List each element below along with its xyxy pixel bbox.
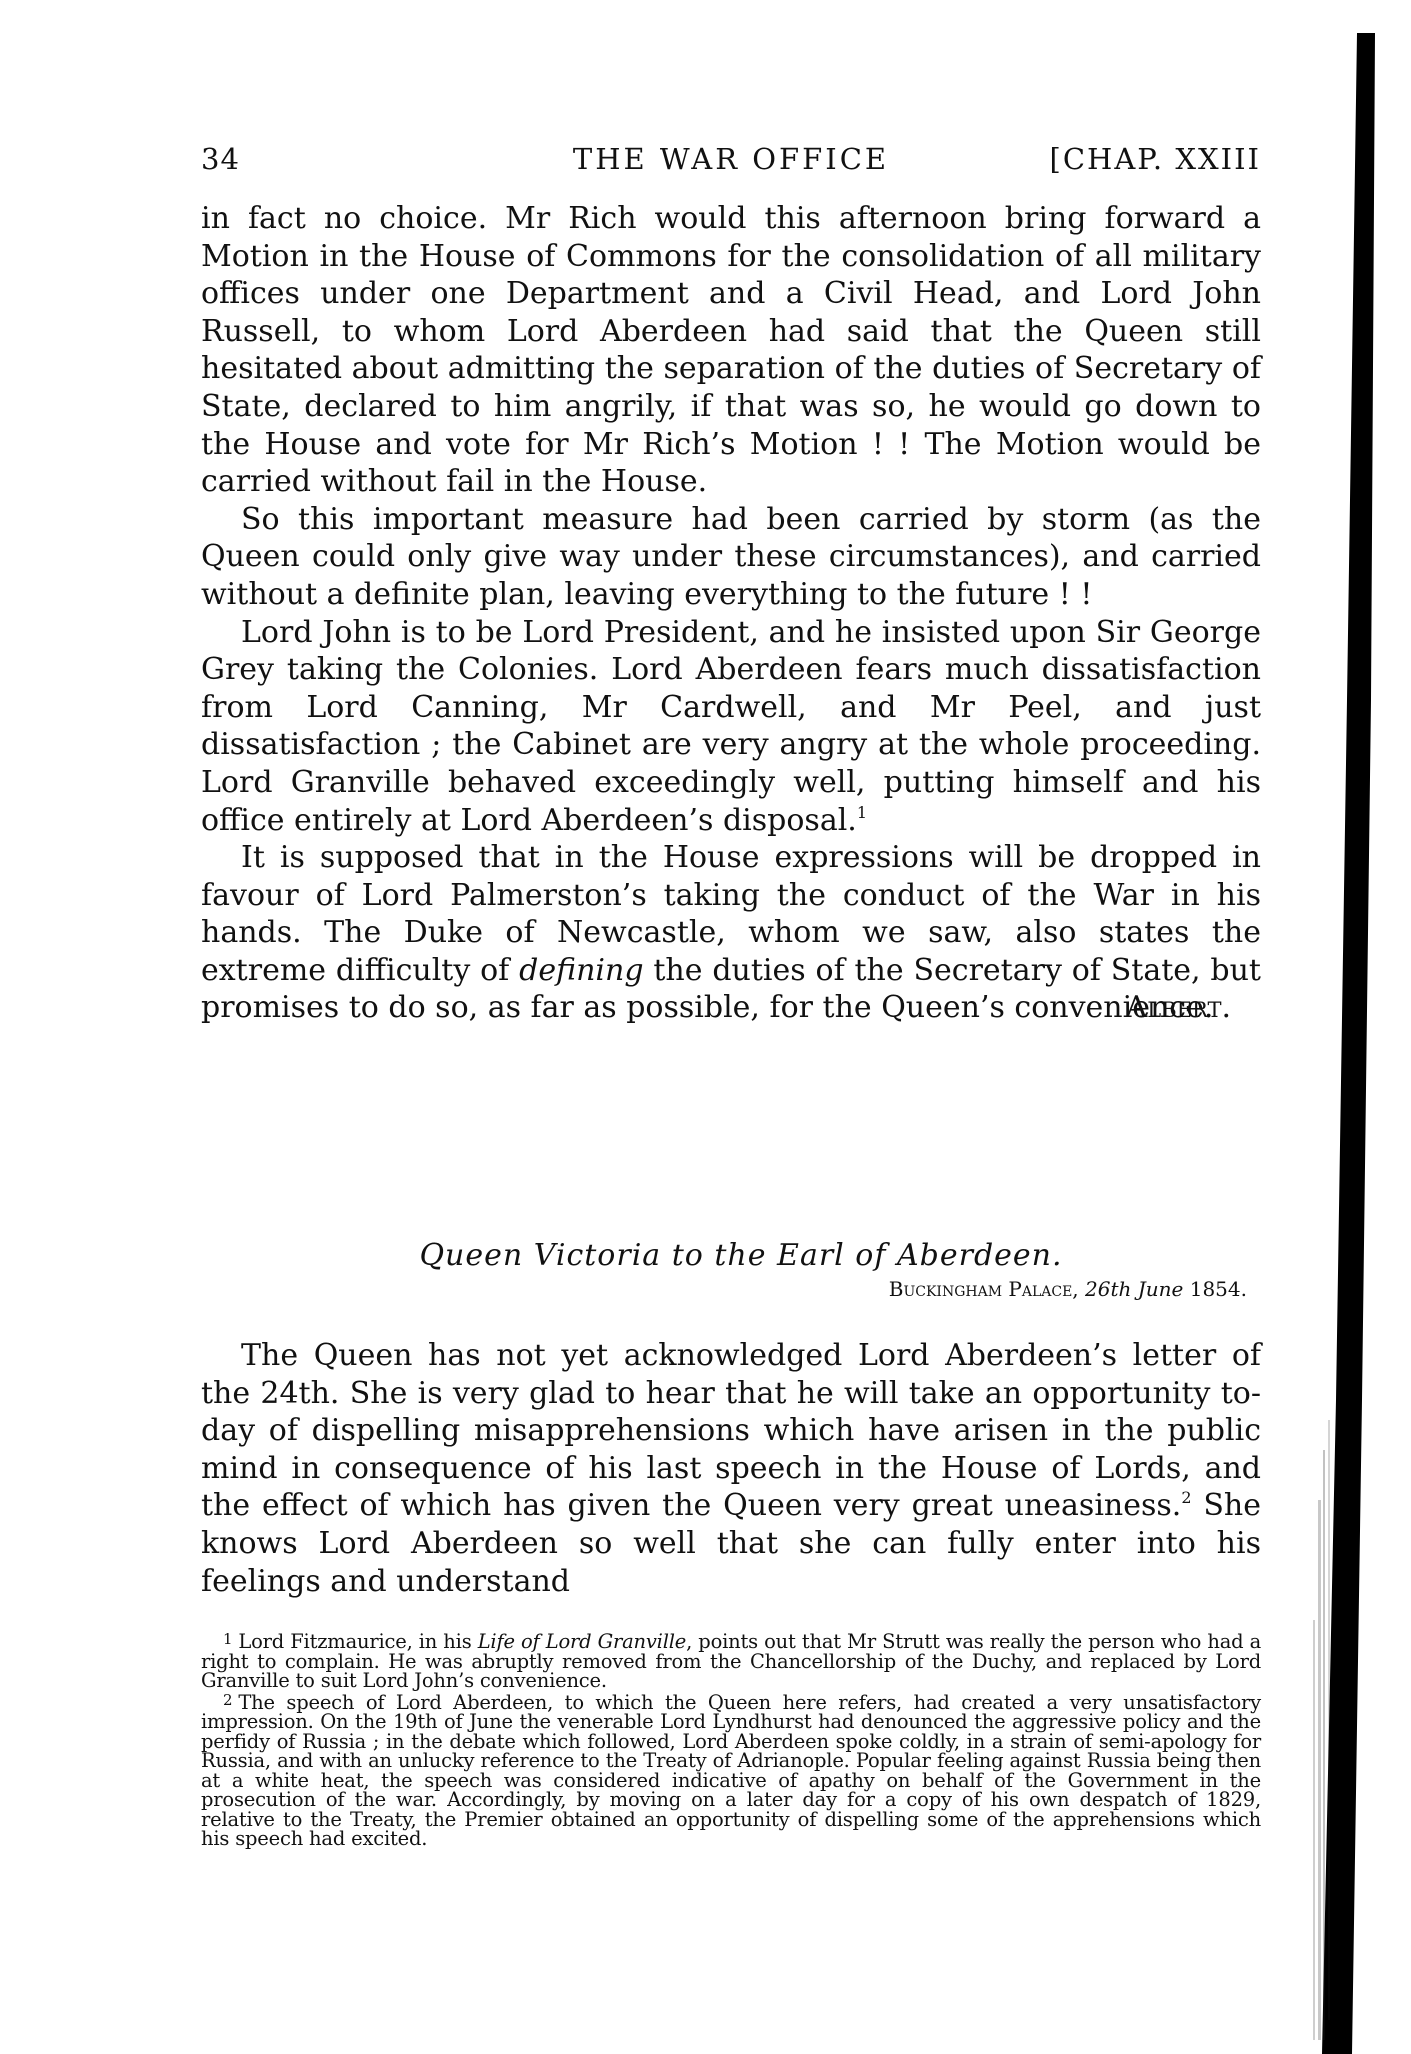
letter-heading: Queen Victoria to the Earl of Aberdeen. … bbox=[201, 1238, 1261, 1301]
running-head: 34 THE WAR OFFICE [CHAP. XXIII bbox=[201, 142, 1261, 182]
letter-dateline: Buckingham Palace, 26th June 1854. bbox=[201, 1277, 1261, 1301]
footnote-2: 2The speech of Lord Aberdeen, to which t… bbox=[201, 1691, 1261, 1849]
footnote-2-text: The speech of Lord Aberdeen, to which th… bbox=[201, 1691, 1261, 1851]
book-page: 34 THE WAR OFFICE [CHAP. XXIII in fact n… bbox=[0, 0, 1411, 2054]
footnote-1-mark: 1 bbox=[223, 1630, 232, 1648]
paragraph-1: in fact no choice. Mr Rich would this af… bbox=[201, 200, 1261, 501]
emphasis-defining: defining bbox=[519, 953, 643, 988]
footnote-1: 1Lord Fitzmaurice, in his Life of Lord G… bbox=[201, 1630, 1261, 1691]
dateline-year: 1854. bbox=[1190, 1277, 1247, 1301]
paragraph-4: It is supposed that in the House express… bbox=[201, 839, 1261, 1027]
dateline-day: 26th bbox=[1085, 1277, 1131, 1301]
body-text: in fact no choice. Mr Rich would this af… bbox=[201, 200, 1261, 1027]
letter-title: Queen Victoria to the Earl of Aberdeen. bbox=[201, 1238, 1261, 1273]
signature-albert: Albert. bbox=[1126, 990, 1261, 1025]
chapter-label: [CHAP. XXIII bbox=[1050, 142, 1261, 176]
paragraph-3: Lord John is to be Lord President, and h… bbox=[201, 614, 1261, 840]
letter-paragraph: The Queen has not yet acknowledged Lord … bbox=[201, 1337, 1261, 1600]
paragraph-3-text: Lord John is to be Lord President, and h… bbox=[201, 615, 1261, 838]
letter-body: The Queen has not yet acknowledged Lord … bbox=[201, 1337, 1261, 1600]
dateline-month: June bbox=[1138, 1277, 1184, 1301]
paragraph-2: So this important measure had been carri… bbox=[201, 501, 1261, 614]
footnote-ref-2[interactable]: 2 bbox=[1181, 1488, 1191, 1507]
letter-text-a: The Queen has not yet acknowledged Lord … bbox=[201, 1338, 1261, 1523]
footnote-ref-1[interactable]: 1 bbox=[857, 803, 867, 822]
footnote-2-mark: 2 bbox=[223, 1691, 232, 1709]
dateline-place: Buckingham Palace, bbox=[889, 1277, 1079, 1301]
footnotes: 1Lord Fitzmaurice, in his Life of Lord G… bbox=[201, 1630, 1261, 1849]
